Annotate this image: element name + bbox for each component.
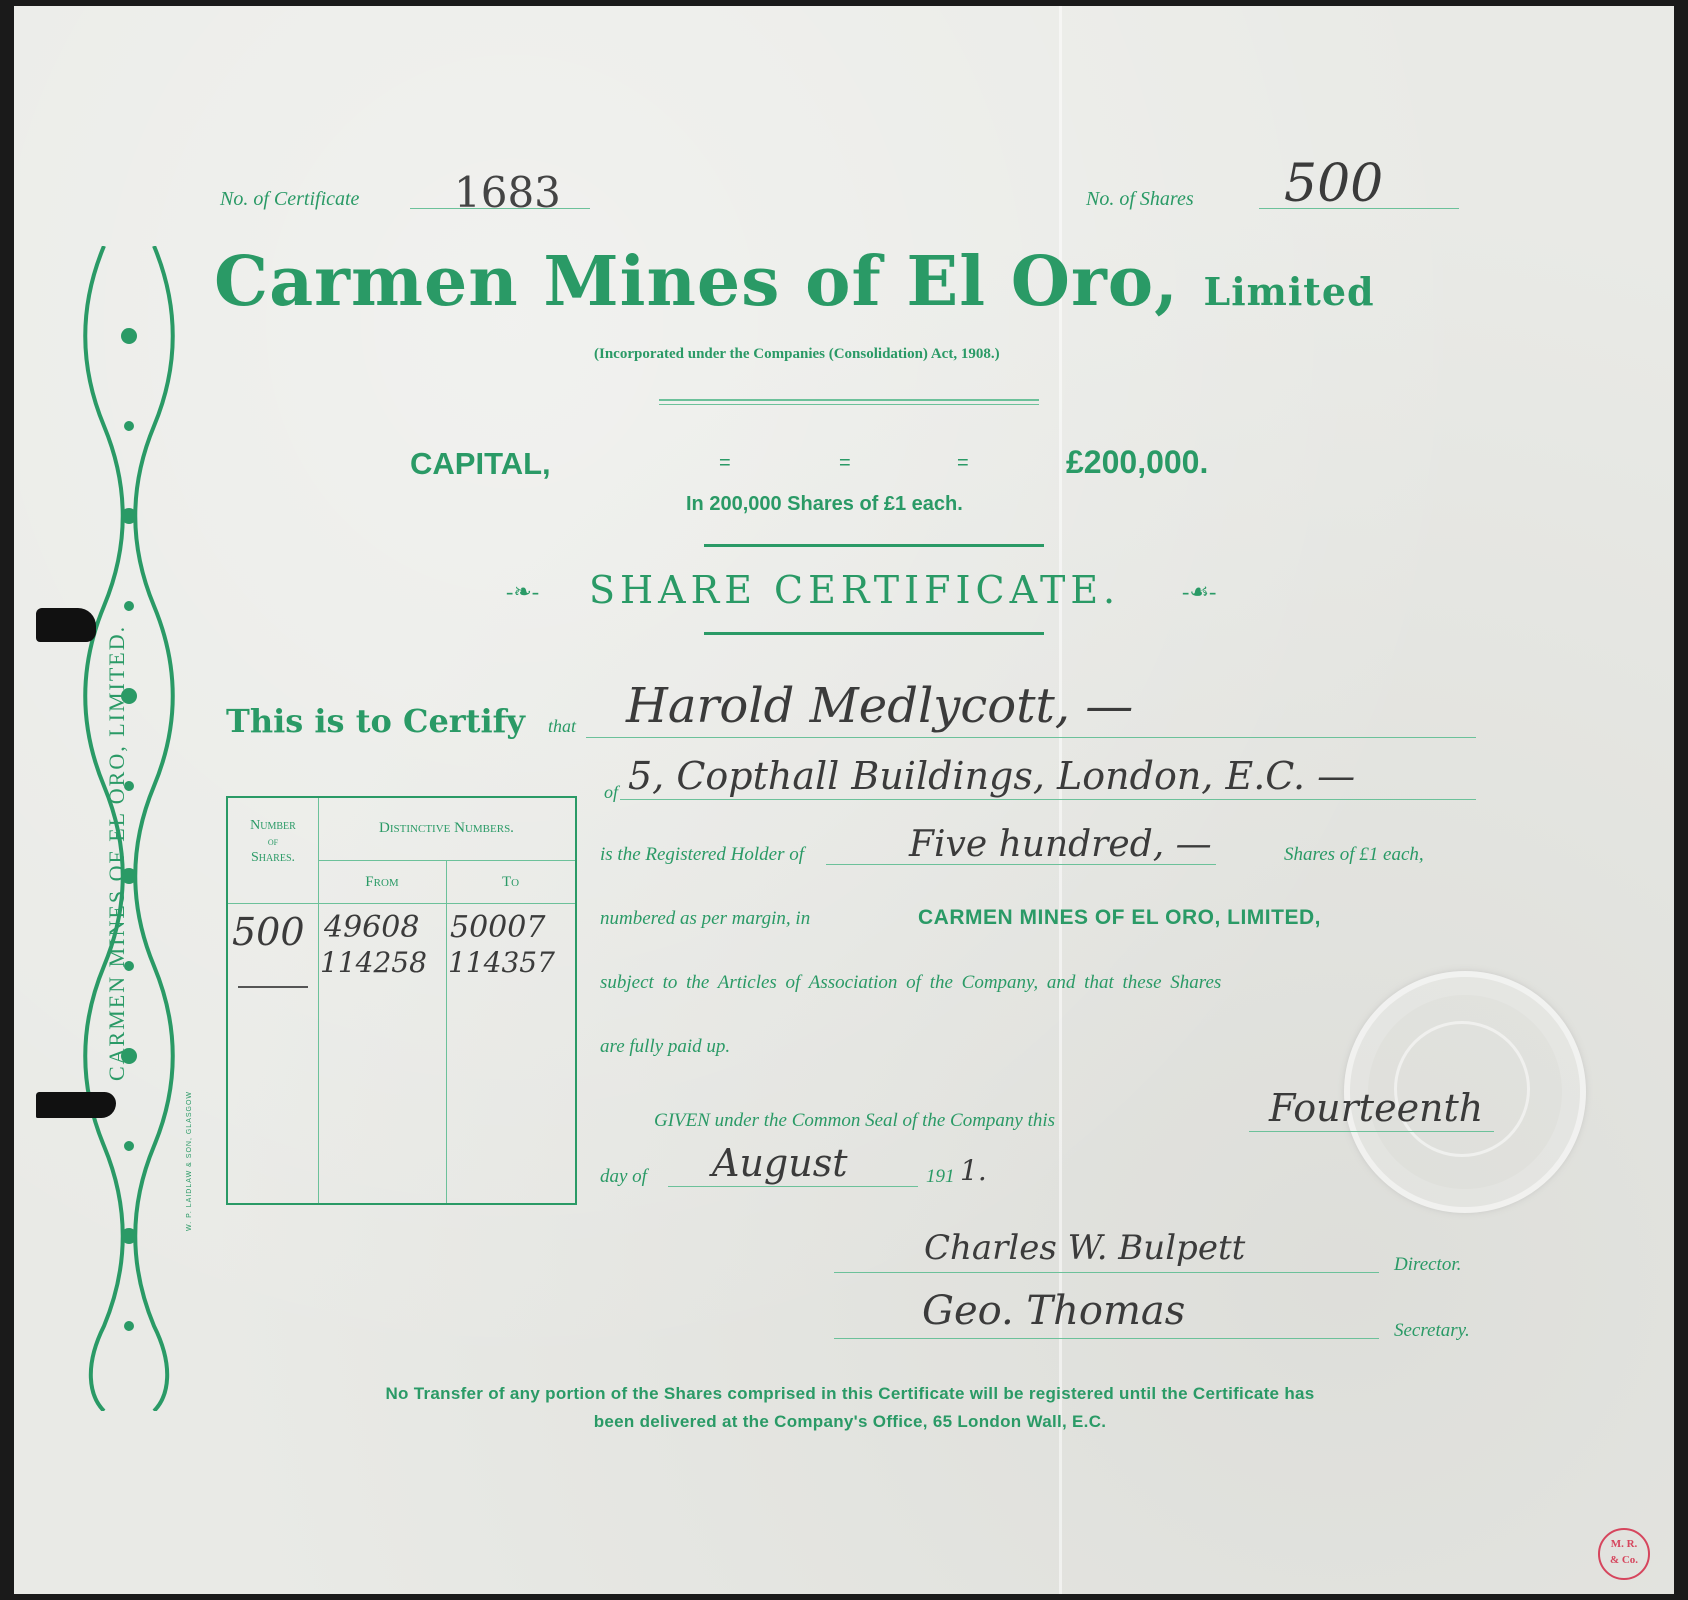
year-prefix: 191 [926,1166,955,1188]
that-label: that [548,716,576,737]
subject-text: subject to the Articles of Association o… [600,972,1221,994]
cell-to: 114357 [448,946,555,979]
company-name-inline: CARMEN MINES OF EL ORO, LIMITED, [918,906,1321,930]
company-name: Carmen Mines of El Oro, [214,242,1179,322]
capital-label: CAPITAL, [410,446,551,482]
company-suffix: Limited [1204,269,1375,314]
shares-number-value: 500 [1284,154,1383,214]
cell-to: 50007 [450,910,545,945]
incorporation-note: (Incorporated under the Companies (Conso… [594,346,1000,363]
divider [704,544,1044,547]
capital-separator: = [957,452,969,475]
registered-holder-text: is the Registered Holder of [600,844,804,866]
cell-from: 49608 [324,910,419,945]
secretary-signature: Geo. Thomas [922,1288,1185,1334]
flourish-left-icon: -❧- [506,579,539,605]
header-to: To [446,874,575,891]
header-distinctive-numbers: Distinctive Numbers. [318,820,575,837]
capital-separator: = [839,452,851,475]
divider [659,399,1039,401]
given-day: Fourteenth [1269,1086,1483,1130]
paid-up-text: are fully paid up. [600,1036,730,1058]
printer-credit: W. P. LAIDLAW & SON, GLASGOW [186,1091,193,1231]
share-certificate: CARMEN MINES OF EL ORO, LIMITED. W. P. L… [14,6,1674,1594]
underline-mark [238,986,308,988]
flourish-right-icon: -☙- [1182,579,1216,605]
stamp-line2: & Co. [1600,1552,1648,1568]
director-signature: Charles W. Bulpett [924,1228,1245,1268]
secretary-label: Secretary. [1394,1320,1470,1342]
capital-amount: £200,000. [1066,444,1208,481]
director-label: Director. [1394,1254,1461,1276]
paper-tear [36,608,96,642]
paper-tear [36,1092,116,1118]
capital-detail: In 200,000 Shares of £1 each. [686,493,963,516]
dealer-stamp: M. R. & Co. [1598,1528,1650,1580]
transfer-notice-line1: No Transfer of any portion of the Shares… [250,1384,1450,1404]
header-number-of-shares: Number of Shares. [228,818,318,866]
transfer-notice-line2: been delivered at the Company's Office, … [250,1412,1450,1432]
certify-heading: This is to Certify [226,702,525,740]
numbered-text: numbered as per margin, in [600,908,810,930]
day-of-label: day of [600,1166,647,1188]
shares-number-label: No. of Shares [1086,188,1194,211]
distinctive-numbers-table: Number of Shares. Distinctive Numbers. F… [226,796,577,1205]
shares-in-words: Five hundred, — [909,824,1212,865]
of-label: of [604,782,618,803]
side-company-name: CARMEN MINES OF EL ORO, LIMITED. [104,625,130,1081]
certificate-heading: SHARE CERTIFICATE. [589,568,1120,612]
stamp-line1: M. R. [1600,1536,1648,1552]
divider [704,632,1044,635]
cell-number: 500 [232,910,305,954]
divider [659,404,1039,405]
header-from: From [318,874,446,891]
company-title: Carmen Mines of El Oro, Limited [214,242,1375,322]
given-month: August [712,1141,848,1185]
holder-name: Harold Medlycott, — [626,678,1133,734]
year-suffix: 1. [960,1154,987,1187]
cell-from: 114258 [320,946,427,979]
certificate-number-label: No. of Certificate [220,188,359,211]
shares-each-text: Shares of £1 each, [1284,844,1424,866]
holder-address: 5, Copthall Buildings, London, E.C. — [628,754,1355,798]
capital-separator: = [719,452,731,475]
given-text: GIVEN under the Common Seal of the Compa… [654,1110,1055,1132]
certificate-number-value: 1683 [454,168,561,217]
